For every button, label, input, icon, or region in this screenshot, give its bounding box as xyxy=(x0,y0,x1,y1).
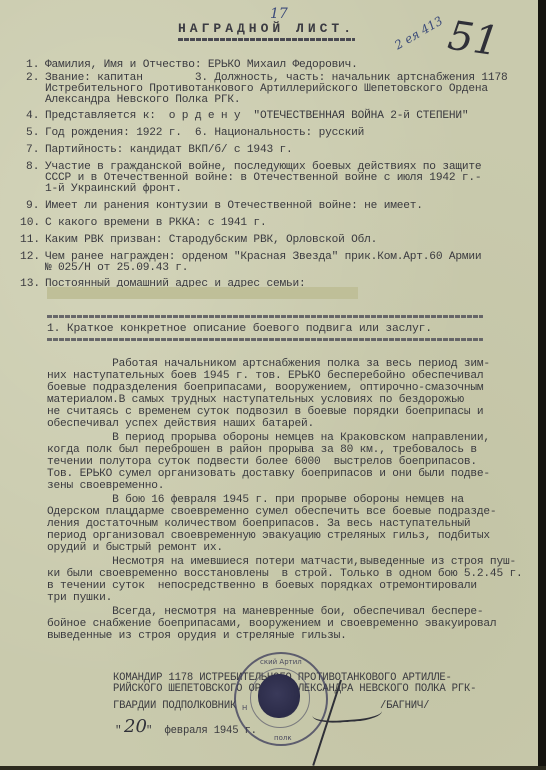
field-number: 7. xyxy=(26,144,39,156)
document-title: НАГРАДНОЙ ЛИСТ. xyxy=(178,21,355,36)
date-month-year: " февраля 1945 г. xyxy=(146,725,257,737)
scan-border-bottom xyxy=(0,766,546,770)
scan-border-right xyxy=(538,0,546,770)
field-number: 1. xyxy=(26,59,39,71)
handwritten-archive-note: 2 ея 413 xyxy=(392,14,445,53)
field-wounds: Имеет ли ранения контузии в Отечественно… xyxy=(45,200,423,212)
stamp-side-text: Н xyxy=(242,704,247,712)
commander-rank: ГВАРДИИ ПОДПОЛКОВНИК xyxy=(113,700,236,712)
field-number: 4. xyxy=(26,110,39,122)
stamp-bottom-text: полк xyxy=(274,734,292,742)
field-number: 10. xyxy=(20,217,40,229)
field-number: 5. xyxy=(26,127,39,139)
narrative-line: бойное снабжение боеприпасами, вооружени… xyxy=(47,618,496,630)
award-sheet-paper: НАГРАДНОЙ ЛИСТ. 17 2 ея 413 51 1. Фамили… xyxy=(0,0,538,766)
field-full-name: Фамилия, Имя и Отчество: ЕРЬКО Михаил Фе… xyxy=(45,59,358,71)
seal-emblem-icon xyxy=(258,674,300,718)
narrative-line: в течении суток непосредственно в боевых… xyxy=(47,580,477,592)
field-number: 8. xyxy=(26,161,39,173)
narrative-line: Несмотря на имевшиеся потери матчасти,вы… xyxy=(47,556,516,568)
field-number: 9. xyxy=(26,200,39,212)
narrative-line: зены своевременно. xyxy=(47,480,164,492)
stamp-top-text: ский Артил xyxy=(260,658,302,666)
narrative-line: три пушки. xyxy=(47,592,112,604)
field-party: Партийность: кандидат ВКП/б/ с 1943 г. xyxy=(45,144,293,156)
field-red-army-since: С какого времени в РККА: с 1941 г. xyxy=(45,217,266,229)
narrative-line: материалом.В самых трудных наступательны… xyxy=(47,394,464,406)
narrative-line: обеспечивал успех действия наших батарей… xyxy=(47,418,314,430)
narrative-line: не считаясь с временем суток подвозил в … xyxy=(47,406,483,418)
narrative-line: боевые подразделения боеприпасами, воору… xyxy=(47,382,483,394)
narrative-line: Работая начальником артснабжения полка з… xyxy=(47,358,490,370)
handwritten-page-number: 51 xyxy=(445,13,502,66)
handwritten-date-day: 20 xyxy=(124,716,147,737)
handwritten-signature xyxy=(311,698,382,725)
narrative-line: Всегда, несмотря на маневренные бои, обе… xyxy=(47,606,483,618)
narrative-line: В бою 16 февраля 1945 г. при прорыве обо… xyxy=(47,494,464,506)
field-number: 12. xyxy=(20,251,40,263)
field-award-nominated: Представляется к: о р д е н у "ОТЕЧЕСТВЕ… xyxy=(45,110,468,122)
field-birth-nationality: Год рождения: 1922 г. 6. Национальность:… xyxy=(45,127,364,139)
field-war-participation-line3: 1-й Украинский фронт. xyxy=(45,183,182,195)
narrative-line: когда полк был переброшен в район прорыв… xyxy=(47,444,477,456)
field-previous-awards-line2: № 025/Н от 25.09.43 г. xyxy=(45,262,188,274)
section-heading: 1. Краткое конкретное описание боевого п… xyxy=(47,323,432,335)
section-rule-top xyxy=(47,315,483,318)
narrative-line: В период прорыва обороны немцев на Крако… xyxy=(47,432,490,444)
section-rule-bottom xyxy=(47,338,483,341)
narrative-line: Тов. ЕРЬКО сумел организовать доставку б… xyxy=(47,468,490,480)
narrative-line: течении полутора суток подвести более 60… xyxy=(47,456,477,468)
unit-seal-stamp: ский Артил Н полк xyxy=(234,652,328,746)
date-quote-open: " xyxy=(115,725,121,737)
commander-name: /БАГНИЧ/ xyxy=(380,700,429,712)
narrative-line: них наступательных боев 1945 г. тов. ЕРЬ… xyxy=(47,370,483,382)
field-drafted-by: Каким РВК призван: Стародубским РВК, Орл… xyxy=(45,234,377,246)
field-number: 2. xyxy=(26,72,39,84)
redacted-address-block xyxy=(47,287,358,299)
narrative-line: период организовал своевременную эвакуац… xyxy=(47,530,490,542)
narrative-line: ки были своевременно восстановлены в стр… xyxy=(47,568,523,580)
narrative-line: ления достаточным количеством боеприпасо… xyxy=(47,518,470,530)
narrative-line: Одерском плацдарме своевременно сумел об… xyxy=(47,506,496,518)
field-number: 13. xyxy=(20,278,40,290)
field-number: 11. xyxy=(20,234,40,246)
narrative-line: орудий и быстрый ремонт их. xyxy=(47,542,223,554)
field-unit-line3: Александра Невского Полка РГК. xyxy=(45,94,240,106)
title-underline xyxy=(178,38,355,41)
handwritten-title-number: 17 xyxy=(270,6,288,22)
narrative-line: выведенные из строя орудия и стреляные г… xyxy=(47,630,347,642)
